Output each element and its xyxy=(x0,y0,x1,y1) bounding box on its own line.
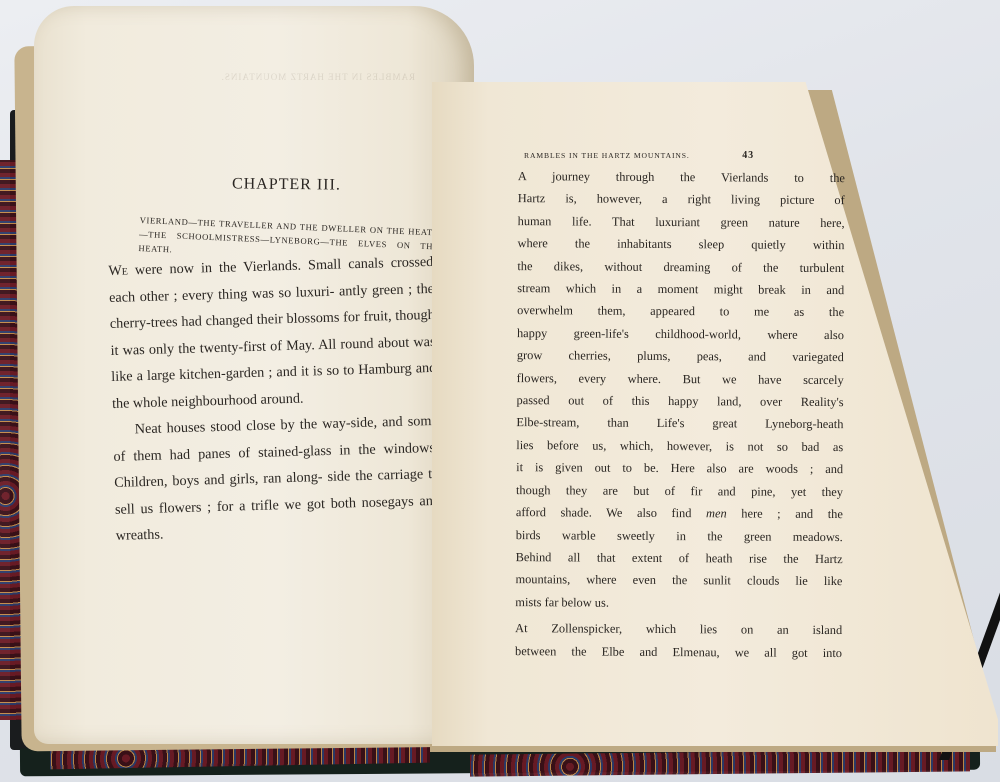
paragraph: We were now in the Vierlands. Small cana… xyxy=(108,249,437,417)
right-page-body: A journey through the Vierlands to the H… xyxy=(497,165,845,664)
paragraph: At Zollenspicker, which lies on an islan… xyxy=(497,617,842,664)
paragraph: A journey through the Vierlands to the H… xyxy=(497,165,845,615)
running-head-title: RAMBLES IN THE HARTZ MOUNTAINS. xyxy=(524,151,690,160)
paragraph: Neat houses stood close by the way-side,… xyxy=(112,408,441,550)
running-head: RAMBLES IN THE HARTZ MOUNTAINS. 43 xyxy=(524,150,754,161)
bleed-through-text: RAMBLES IN THE HARTZ MOUNTAINS. xyxy=(165,70,415,84)
line-with-italic: afford shade. We also find men here ; an… xyxy=(498,501,843,526)
drop-word: We xyxy=(108,262,128,279)
chapter-title: CHAPTER III. xyxy=(232,175,341,194)
left-page-body: We were now in the Vierlands. Small cana… xyxy=(108,249,441,549)
italic-word: men xyxy=(706,506,727,520)
page-number: 43 xyxy=(742,150,754,161)
